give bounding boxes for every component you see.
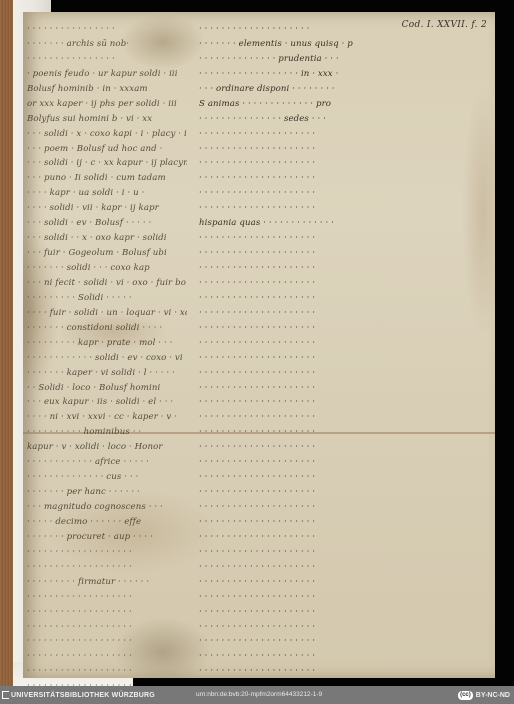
- text-column-left: · · · · · · · · · · · · · · · ·· · · · ·…: [27, 22, 187, 686]
- license-info[interactable]: (cc) BY-NC-ND: [458, 691, 510, 700]
- manuscript-line: · · · · · · · · · · · · · · · · · · · · …: [199, 186, 429, 201]
- institution-brand[interactable]: UNIVERSITÄTSBIBLIOTHEK WÜRZBURG: [2, 691, 155, 699]
- manuscript-line: · · · solidi · ev · Bolusf · · · · ·: [27, 216, 187, 231]
- manuscript-line: · · · · · · · · · · · · · · · · · · ·: [27, 664, 187, 679]
- manuscript-line: · · · · · · · · · · · · · · · · · · ·: [27, 545, 187, 560]
- manuscript-line: Bolyfus sui homini b · vi · xx: [27, 112, 187, 127]
- manuscript-line: · · · · · · · · · · · · · · · · · · · · …: [199, 455, 429, 470]
- manuscript-line: · · · · · · · constidoni solidi · · · ·: [27, 321, 187, 336]
- manuscript-line: · · · · · · · · · · · · · · · · · · · · …: [199, 605, 429, 620]
- manuscript-line: · · · fuir · Gogeolum · Bolusf ubi: [27, 246, 187, 261]
- manuscript-line: hispania quas · · · · · · · · · · · · ·: [199, 216, 429, 231]
- manuscript-line: · · · ordinare disponi · · · · · · · ·: [199, 82, 429, 97]
- library-logo-icon: [2, 691, 9, 699]
- manuscript-line: · · · · · · · · · · · · · · · · · · · · …: [199, 485, 429, 500]
- manuscript-line: · · · · · · · · · · · · · · · · · · · · …: [199, 306, 429, 321]
- manuscript-line: · poenis feudo · ur kapur soldi · iii: [27, 67, 187, 82]
- license-label: BY-NC-ND: [476, 692, 510, 699]
- manuscript-line: · · · · · · · · · · · · · · · · · · · · …: [199, 395, 429, 410]
- manuscript-line: · · · · fuir · solidi · un · loquar · vi…: [27, 306, 187, 321]
- manuscript-line: · · · · · · · · · · · · · · · · · · · · …: [199, 500, 429, 515]
- manuscript-folio: Cod. I. XXVII. f. 2 · · · · · · · · · · …: [23, 12, 495, 678]
- manuscript-line: · · · puno · Ii solidi · cum tadam: [27, 171, 187, 186]
- manuscript-line: · · · · · · · · · · · · solidi · ev · co…: [27, 351, 187, 366]
- manuscript-line: · · · · · · · procuret · aup · · · ·: [27, 530, 187, 545]
- creative-commons-icon: (cc): [458, 691, 473, 700]
- manuscript-line: · · · · kapr · ua soldi · i · u ·: [27, 186, 187, 201]
- manuscript-line: · · · · · · · · · · · · · · · · · · · · …: [199, 142, 429, 157]
- manuscript-line: · · · · · · · · · · · · · · · · · · · · …: [199, 560, 429, 575]
- manuscript-line: · · · · · · · · · · · · · · · · · · · · …: [199, 381, 429, 396]
- manuscript-line: · · · solidi · x · coxo kapi · i · placy…: [27, 127, 187, 142]
- manuscript-line: · · · · · · · · · · · · · · · · · · · · …: [199, 231, 429, 246]
- manuscript-line: · · · · · · · · · kapr · prate · mol · ·…: [27, 336, 187, 351]
- manuscript-line: · · · · · · · · · · · · · · · · · · ·: [27, 605, 187, 620]
- manuscript-line: · · · · · · · · · · · · · · · · · · ·: [27, 679, 187, 686]
- manuscript-line: · · · · · · · · · · · · · · · · · · ·: [27, 620, 187, 635]
- manuscript-line: · · · · · · · · · · · · · · · · · · · · …: [199, 261, 429, 276]
- manuscript-line: · · · · · · · · · · · · · · · · · · · · …: [199, 276, 429, 291]
- manuscript-line: · · · · · · · · · · · · · · · · · · · · …: [199, 440, 429, 455]
- manuscript-line: · · · · · · · · · · · · · · · · · · ·: [27, 634, 187, 649]
- manuscript-line: · · · solidi · ij · c · xx kapur · ij pl…: [27, 156, 187, 171]
- manuscript-line: · · · · · · · · · · · · · · · · · · · · …: [199, 545, 429, 560]
- manuscript-line: · · · · · · · · · · · · · · · · · · · · …: [199, 530, 429, 545]
- manuscript-line: · · · · · · · · · · · · · · · · · · · · …: [199, 127, 429, 142]
- manuscript-line: · · · · · · · · · · · · · · · · · · · · …: [199, 649, 429, 664]
- manuscript-line: · · · · · · · · · · · · · · · · · · · · …: [199, 425, 429, 440]
- manuscript-line: · · · · · · · · · · · · · · prudentia · …: [199, 52, 429, 67]
- manuscript-line: · · · · · · · · · · · · · · · · · · · · …: [199, 620, 429, 635]
- manuscript-line: · · · · · · · solidi · · · coxo kap: [27, 261, 187, 276]
- manuscript-line: · · · · · · · · · · · · · · · · · · · · …: [199, 171, 429, 186]
- manuscript-line: kapur · v · xolidi · loco · Honor: [27, 440, 187, 455]
- manuscript-line: · · · · · · · · · · · · · · · · · · · · …: [199, 336, 429, 351]
- manuscript-scan: Cod. I. XXVII. f. 2 · · · · · · · · · · …: [0, 0, 514, 686]
- manuscript-line: · · · · · · · · · · · · · · · · · · · · …: [199, 515, 429, 530]
- binding-strip: [0, 0, 13, 686]
- manuscript-line: Bolusf hominib · in · xxxam: [27, 82, 187, 97]
- footer-bar: UNIVERSITÄTSBIBLIOTHEK WÜRZBURG urn:nbn:…: [0, 686, 514, 704]
- manuscript-line: · · · · · · · · · · · · · · · · · · in ·…: [199, 67, 429, 82]
- institution-name: UNIVERSITÄTSBIBLIOTHEK WÜRZBURG: [11, 692, 155, 699]
- manuscript-line: · · · solidi · · x · oxo kapr · solidi: [27, 231, 187, 246]
- manuscript-line: · · · · · · · per hanc · · · · · ·: [27, 485, 187, 500]
- manuscript-line: · · · · · · · · · · · · · · · · · · · · …: [199, 351, 429, 366]
- manuscript-line: · · · · · · · · · · · · · · · · · · ·: [27, 590, 187, 605]
- manuscript-line: · · · · · · · · · · · · · · · · · · ·: [27, 560, 187, 575]
- manuscript-line: · · · · · · · · · · · · · · · · · · · · …: [199, 366, 429, 381]
- manuscript-line: · · · · · · · · · · · · · · · · · · ·: [27, 649, 187, 664]
- manuscript-line: · · · · · · · · · firmatur · · · · · ·: [27, 575, 187, 590]
- manuscript-line: · · · · · · · · · · · · africe · · · · ·: [27, 455, 187, 470]
- manuscript-line: · · · · · · · · · · · · · · · · · · · · …: [199, 410, 429, 425]
- manuscript-line: · · · · · · · · · · · · · · · · · · · · …: [199, 634, 429, 649]
- manuscript-line: · · · · · decimo · · · · · · effe: [27, 515, 187, 530]
- manuscript-line: · · · · solidi · vii · kapr · ij kapr: [27, 201, 187, 216]
- manuscript-line: · · · · · · · · · · · · · · · · · · · · …: [199, 201, 429, 216]
- manuscript-line: · · · · · · · · · · · · · · · sedes · · …: [199, 112, 429, 127]
- manuscript-line: · · · ni fecit · solidi · vi · oxo · fui…: [27, 276, 187, 291]
- manuscript-line: · · · · ni · xvi · xxvi · cc · kaper · v…: [27, 410, 187, 425]
- manuscript-line: · · · · · · · · · · · · · · · ·: [27, 22, 187, 37]
- manuscript-line: · · · · · · · · · · · · · · cus · · ·: [27, 470, 187, 485]
- manuscript-line: · · · magnitudo cognoscens · · ·: [27, 500, 187, 515]
- manuscript-line: S animas · · · · · · · · · · · · · pro: [199, 97, 429, 112]
- manuscript-line: · · · · · · · · · · · · · · · · · · · ·: [199, 22, 429, 37]
- urn-identifier[interactable]: urn:nbn:de:bvb:20-mpfm2orm64433212-1-9: [196, 691, 322, 698]
- manuscript-line: or xxx kaper · ij phs per solidi · iii: [27, 97, 187, 112]
- manuscript-line: · · · · · · · · · · · · · · · · · · · · …: [199, 664, 429, 679]
- manuscript-line: · · · · · · · · · · · · · · · · · · · · …: [199, 321, 429, 336]
- manuscript-line: · · · · · · · · · · · · · · · · · · · · …: [199, 156, 429, 171]
- manuscript-line: · · · · · · · archis sū nob·: [27, 37, 187, 52]
- manuscript-line: · · · poem · Bolusf ud hoc and ·: [27, 142, 187, 157]
- manuscript-line: · · · · · · · kaper · vi solidi · l · · …: [27, 366, 187, 381]
- manuscript-line: · · · · · · · · · · · · · · · · · · · · …: [199, 470, 429, 485]
- manuscript-line: · · Solidi · loco · Bolusf homini: [27, 381, 187, 396]
- manuscript-line: · · · · · · · · · · · · · · · · · · · · …: [199, 246, 429, 261]
- manuscript-line: · · · · · · · · · · · · · · · · · · · · …: [199, 590, 429, 605]
- manuscript-line: · · · · · · · elementis · unus quisq · p: [199, 37, 429, 52]
- manuscript-line: · · · · · · · · · · · · · · · ·: [27, 52, 187, 67]
- manuscript-line: · · · · · · · · · Solidi · · · · ·: [27, 291, 187, 306]
- manuscript-line: · · · eux kapur · iis · solidi · el · · …: [27, 395, 187, 410]
- manuscript-line: · · · · · · · · · · · · · · · · · · · · …: [199, 575, 429, 590]
- text-column-right: · · · · · · · · · · · · · · · · · · · ··…: [199, 22, 429, 679]
- manuscript-line: · · · · · · · · · · · · · · · · · · · · …: [199, 291, 429, 306]
- manuscript-line: · · · · · · · · · · hominibus · ·: [27, 425, 187, 440]
